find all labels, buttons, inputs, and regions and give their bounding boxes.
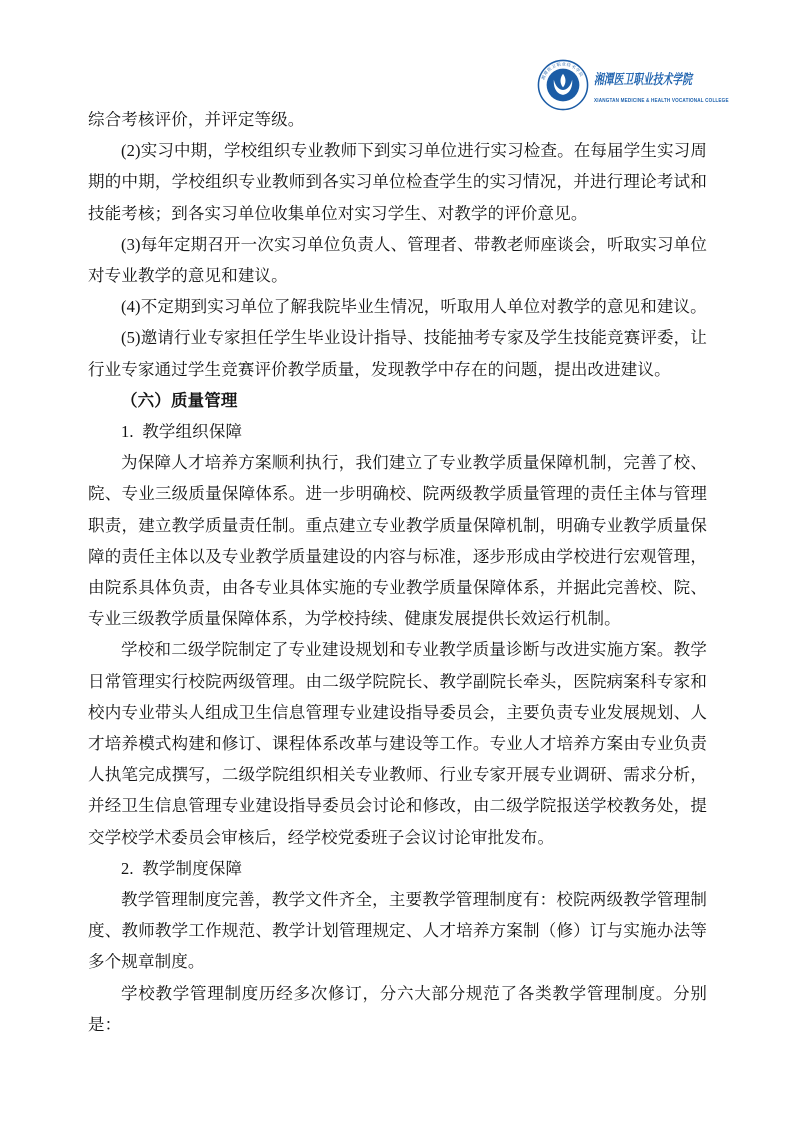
- body-paragraph: (2)实习中期，学校组织专业教师下到实习单位进行实习检查。在每届学生实习周期的中…: [88, 135, 707, 229]
- document-body: 综合考核评价，并评定等级。 (2)实习中期，学校组织专业教师下到实习单位进行实习…: [88, 104, 707, 1040]
- numbered-subheading: 2. 教学制度保障: [88, 853, 707, 884]
- continuation-paragraph: 综合考核评价，并评定等级。: [88, 104, 707, 135]
- body-paragraph: (5)邀请行业专家担任学生毕业设计指导、技能抽考专家及学生技能竞赛评委，让行业专…: [88, 322, 707, 384]
- body-paragraph: 学校教学管理制度历经多次修订，分六大部分规范了各类教学管理制度。分别是：: [88, 978, 707, 1040]
- body-paragraph: (4)不定期到实习单位了解我院毕业生情况，听取用人单位对教学的意见和建议。: [88, 291, 707, 322]
- document-page: 湘潭医卫职业技术学院 湘潭医卫职业技术学院 XIANGTAN MEDICINE …: [0, 0, 793, 1122]
- numbered-subheading: 1. 教学组织保障: [88, 416, 707, 447]
- college-name-block: 湘潭医卫职业技术学院 XIANGTAN MEDICINE & HEALTH VO…: [594, 59, 704, 107]
- college-name-zh: 湘潭医卫职业技术学院: [594, 73, 692, 89]
- section-heading: （六）质量管理: [88, 385, 707, 416]
- body-paragraph: 教学管理制度完善，教学文件齐全，主要教学管理制度有：校院两级教学管理制度、教师教…: [88, 884, 707, 978]
- body-paragraph: 为保障人才培养方案顺利执行，我们建立了专业教学质量保障机制，完善了校、院、专业三…: [88, 447, 707, 634]
- body-paragraph: 学校和二级学院制定了专业建设规划和专业教学质量诊断与改进实施方案。教学日常管理实…: [88, 634, 707, 852]
- body-paragraph: (3)每年定期召开一次实习单位负责人、管理者、带教老师座谈会，听取实习单位对专业…: [88, 229, 707, 291]
